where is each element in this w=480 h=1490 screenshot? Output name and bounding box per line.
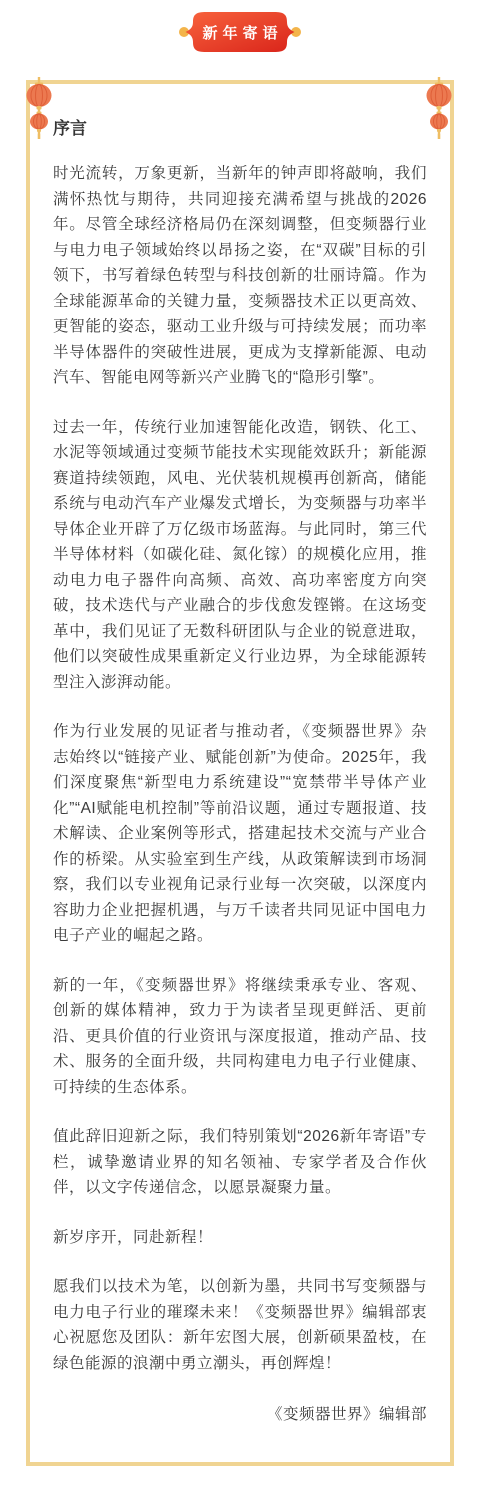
badge-title: 新年寄语 [178,10,302,54]
preface-paragraph-6: 新岁序开，同赴新程！ [53,1225,427,1251]
preface-paragraph-2: 过去一年，传统行业加速智能化改造，钢铁、化工、水泥等领域通过变频节能技术实现能效… [53,415,427,696]
lanterns-top-right-icon [418,77,462,143]
preface-paragraph-7: 愿我们以技术为笔，以创新为墨，共同书写变频器与电力电子行业的璀璨未来！《变频器世… [53,1274,427,1376]
signature: 《变频器世界》编辑部 [53,1402,427,1428]
section-heading: 序言 [53,114,427,139]
lanterns-top-left-icon [18,77,62,143]
preface-paragraph-1: 时光流转，万象更新，当新年的钟声即将敲响，我们满怀热忱与期待，共同迎接充满希望与… [53,161,427,391]
message-card: 序言 时光流转，万象更新，当新年的钟声即将敲响，我们满怀热忱与期待，共同迎接充满… [26,80,454,1466]
preface-paragraph-4: 新的一年，《变频器世界》将继续秉承专业、客观、创新的媒体精神，致力于为读者呈现更… [53,973,427,1101]
new-year-message-page: 新年寄语 [0,10,480,1490]
header-badge: 新年寄语 [178,10,302,54]
preface-paragraph-3: 作为行业发展的见证者与推动者，《变频器世界》杂志始终以“链接产业、赋能创新”为使… [53,719,427,949]
preface-paragraph-5: 值此辞旧迎新之际，我们特别策划“2026新年寄语”专栏，诚挚邀请业界的知名领袖、… [53,1124,427,1201]
